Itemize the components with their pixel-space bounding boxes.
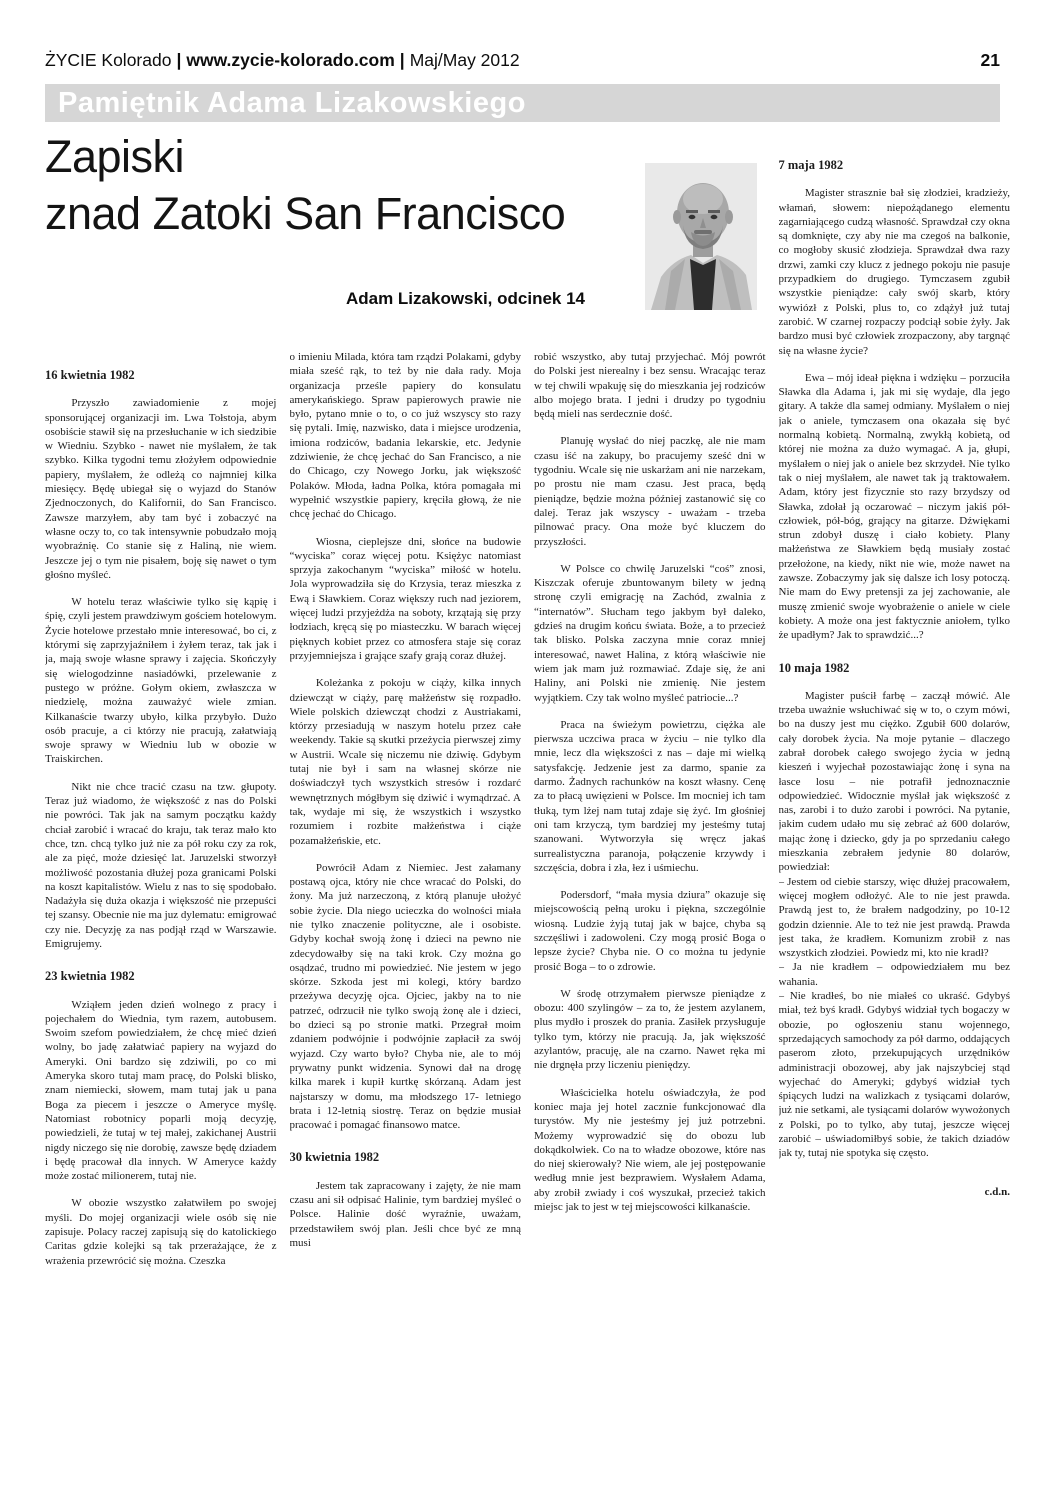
- text-column-1: 16 kwietnia 1982Przyszło zawiadomienie z…: [45, 140, 277, 1268]
- entry-date-heading: 23 kwietnia 1982: [45, 969, 277, 983]
- body-paragraph: W obozie wszystko załatwiłem po swojej m…: [45, 1196, 277, 1267]
- body-paragraph: Magister strasznie bał się złodziei, kra…: [779, 186, 1011, 358]
- body-paragraph: Jestem tak zapracowany i zajęty, że nie …: [290, 1179, 522, 1250]
- entry-date-heading: 10 maja 1982: [779, 661, 1011, 675]
- text-column-4: 7 maja 1982Magister strasznie bał się zł…: [779, 140, 1011, 1268]
- section-banner-title: Pamiętnik Adama Lizakowskiego: [58, 87, 526, 119]
- masthead-separator: |: [171, 50, 186, 70]
- masthead-url: www.zycie-kolorado.com: [186, 50, 394, 70]
- entry-date-heading: 7 maja 1982: [779, 158, 1011, 172]
- masthead-separator: |: [395, 50, 410, 70]
- newspaper-page: ŻYCIE Kolorado|www.zycie-kolorado.com|Ma…: [0, 0, 1050, 1500]
- body-paragraph: Podersdorf, “mała mysia dziura” okazuje …: [534, 888, 766, 974]
- body-paragraph: Wiosna, cieplejsze dni, słońce na budowi…: [290, 535, 522, 664]
- dialog-paragraph: – Jestem od ciebie starszy, więc dłużej …: [779, 875, 1011, 961]
- masthead-info: ŻYCIE Kolorado|www.zycie-kolorado.com|Ma…: [45, 50, 520, 71]
- body-paragraph: W Polsce co chwilę Jaruzelski “coś” znos…: [534, 562, 766, 705]
- body-paragraph: Wziąłem jeden dzień wolnego z pracy i po…: [45, 998, 277, 1184]
- body-paragraph: robić wszystko, aby tutaj przyjechać. Mó…: [534, 350, 766, 421]
- masthead: ŻYCIE Kolorado|www.zycie-kolorado.com|Ma…: [45, 50, 1000, 71]
- article-body: 16 kwietnia 1982Przyszło zawiadomienie z…: [45, 140, 1010, 1268]
- dialog-paragraph: – Ja nie kradłem – odpowiedziałem mu bez…: [779, 960, 1011, 989]
- body-paragraph: Magister puścił farbę – zaczął mówić. Al…: [779, 689, 1011, 875]
- masthead-issue-date: Maj/May 2012: [410, 50, 520, 70]
- body-paragraph: Ewa – mój ideał piękna i wdzięku – porzu…: [779, 371, 1011, 643]
- text-column-2: o imieniu Milada, która tam rządzi Polak…: [290, 140, 522, 1268]
- body-paragraph: o imieniu Milada, która tam rządzi Polak…: [290, 350, 522, 522]
- masthead-brand: ŻYCIE Kolorado: [45, 50, 171, 70]
- body-paragraph: Przyszło zawiadomienie z mojej sponsoruj…: [45, 396, 277, 582]
- body-paragraph: Nikt nie chce tracić czasu na tzw. głupo…: [45, 780, 277, 952]
- dialog-paragraph: – Nie kradłeś, bo nie miałeś co ukraść. …: [779, 989, 1011, 1161]
- body-paragraph: Koleżanka z pokoju w ciąży, kilka innych…: [290, 676, 522, 848]
- body-paragraph: Powrócił Adam z Niemiec. Jest załamany p…: [290, 861, 522, 1133]
- continuation-note: c.d.n.: [779, 1185, 1011, 1199]
- body-paragraph: Praca na świeżym powietrzu, ciężka ale p…: [534, 718, 766, 875]
- page-number: 21: [981, 50, 1000, 71]
- body-paragraph: W środę otrzymałem pierwsze pieniądze z …: [534, 987, 766, 1073]
- body-paragraph: Właścicielka hotelu oświadczyła, że pod …: [534, 1086, 766, 1215]
- section-banner: Pamiętnik Adama Lizakowskiego: [45, 84, 1000, 122]
- entry-date-heading: 16 kwietnia 1982: [45, 368, 277, 382]
- body-paragraph: W hotelu teraz właściwie tylko się kąpię…: [45, 595, 277, 767]
- body-paragraph: Planuję wysłać do niej paczkę, ale nie m…: [534, 434, 766, 548]
- text-column-3: robić wszystko, aby tutaj przyjechać. Mó…: [534, 140, 766, 1268]
- entry-date-heading: 30 kwietnia 1982: [290, 1150, 522, 1164]
